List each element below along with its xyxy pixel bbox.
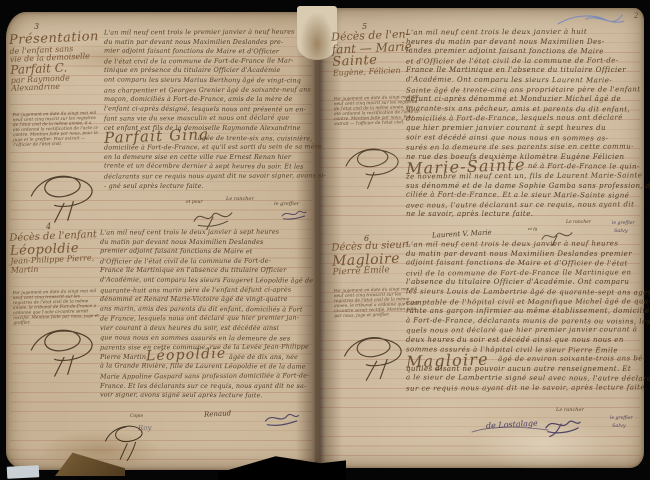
manuscript-line: L'an mil neuf cent trois le premier janv… bbox=[104, 27, 312, 38]
greffier-caption: le greffier bbox=[612, 221, 635, 226]
manuscript-line: fant sans vie du sexe masculin et nous o… bbox=[104, 114, 312, 125]
act-number: 3 bbox=[34, 22, 39, 31]
act-subject-name: Magloire bbox=[406, 350, 489, 372]
manuscript-line: France île Martinique en l'absence du ti… bbox=[406, 66, 642, 76]
manuscript-line: et d'Officier de l'état civil de la comm… bbox=[406, 56, 642, 67]
manuscript-line: ne le savoir, après lecture faite. bbox=[406, 210, 642, 220]
scanner-bed-sliver bbox=[7, 465, 40, 479]
manuscript-line: d'Officier de l'état civil de la commune… bbox=[100, 256, 312, 267]
signature-script: Renaud bbox=[204, 409, 231, 418]
manuscript-line: Marie Appoline Gaspard sans profession d… bbox=[100, 371, 312, 382]
manuscript-line: surés en la demeure de ses parents sise … bbox=[406, 143, 642, 154]
manuscript-line: comptable de l'hôpital civil et Magnifiq… bbox=[406, 297, 644, 308]
officiant-paraph bbox=[26, 168, 102, 224]
manuscript-line: déclarants sur ce requis nous ayant dit … bbox=[104, 171, 312, 182]
greffier-name: Salvy bbox=[614, 228, 628, 234]
page-number: 2 bbox=[634, 12, 638, 20]
signature-flourish bbox=[192, 204, 234, 230]
signature-underline bbox=[470, 424, 550, 436]
act-margin-heading: Présentation de l'enfant sans vie de la … bbox=[9, 30, 101, 94]
signature-caption: le greffier bbox=[274, 201, 299, 207]
signature-caption: Le rancher bbox=[226, 196, 254, 202]
act-margin-heading: Décès du sieur Magloire Pierre Émile bbox=[331, 240, 408, 278]
act-body-text: L'an mil neuf cent trois le deux janvier… bbox=[100, 228, 312, 401]
manuscript-line: de France, lesquels nous ont déclaré que… bbox=[100, 314, 312, 325]
manuscript-line: de l'état civil de la commune de Fort-de… bbox=[104, 56, 312, 67]
manuscript-line: avec nous, l'autre déclarant sur ce requ… bbox=[406, 200, 642, 211]
manuscript-line: deux heures du soir est décédé ainsi que… bbox=[406, 336, 644, 346]
act-margin-heading: Décès de l'en- fant — Marie Sainte Eugèn… bbox=[331, 28, 413, 78]
act-margin-heading: Décès de l'enfant Léopoldie Jean-Philipp… bbox=[9, 230, 98, 275]
manuscript-line: sur ce requis nous ayant dit ne le savoi… bbox=[406, 383, 644, 394]
act-subject-name: Parfait Gina bbox=[104, 125, 210, 147]
signature-flourish bbox=[540, 226, 574, 246]
manuscript-line: quarante-huit ans marin père de l'enfant… bbox=[100, 285, 312, 296]
manuscript-line: quels nous ont déclaré que hier premier … bbox=[406, 326, 644, 337]
manuscript-line: défunt ci-après dénommé et Monduzier Mic… bbox=[406, 95, 642, 105]
act-body-text: L'an mil neuf cent trois le premier janv… bbox=[104, 28, 312, 191]
manuscript-line: les sieurs Louis de Lambertrie âgé de qu… bbox=[406, 287, 644, 298]
signature-caption: et fg bbox=[528, 226, 537, 231]
act-body-text: L'an mil neuf cent trois le deux janvier… bbox=[406, 240, 644, 394]
greffier-name: Salvy bbox=[612, 423, 626, 429]
manuscript-line: civil de la commune de Fort-de-France îl… bbox=[406, 268, 644, 279]
manuscript-line: - gné seul après lecture faite. bbox=[104, 182, 312, 192]
manuscript-line: France île Martinique en l'absence du ti… bbox=[100, 266, 312, 276]
manuscript-line: L'an mil neuf cent trois le deux janvier… bbox=[406, 239, 644, 250]
register-scan: 2 3 Présentation de l'enfant sans vie de… bbox=[0, 0, 650, 480]
greffier-signature-flourish bbox=[278, 208, 310, 224]
manuscript-line: tinique en présence du titulaire Officie… bbox=[104, 66, 312, 76]
manuscript-line: rante ans garçon infirmier au même établ… bbox=[406, 307, 644, 317]
manuscript-line: d'Académie. Ont comparu les sieurs Laure… bbox=[406, 75, 642, 86]
manuscript-line: vier courant à deux heures du soir, est … bbox=[100, 324, 312, 334]
act-subject-name: Léopoldie bbox=[146, 346, 227, 365]
signature-flourish bbox=[102, 418, 158, 464]
manuscript-line: maçon, domiciliés à Fort-de-France, amis… bbox=[104, 95, 312, 105]
greffier-signature-flourish bbox=[262, 410, 302, 432]
manuscript-line: que hier premier janvier courant à sept … bbox=[406, 124, 642, 134]
manuscript-line: d'Académie, ont comparu les sieurs Fauge… bbox=[100, 275, 312, 286]
manuscript-line: domiciliés à Fort-de-France, lesquels no… bbox=[406, 114, 642, 125]
margin-annotation: Par jugement en date du vingt mai mil ne… bbox=[13, 289, 100, 326]
manuscript-line: ans charpentier et Georges Grenier âgé d… bbox=[104, 85, 312, 96]
manuscript-line: l'absence du titulaire Officier d'Académ… bbox=[406, 278, 644, 288]
blue-pencil-flourish bbox=[556, 10, 628, 30]
manuscript-line: ont comparu les sieurs Marius Berthony â… bbox=[104, 75, 312, 86]
manuscript-line: dénommé et Renard Marie-Victoire âgé de … bbox=[100, 295, 312, 305]
officiant-paraph bbox=[26, 322, 102, 378]
act-body-text: L'an mil neuf cent trois le deux janvier… bbox=[406, 28, 642, 220]
manuscript-line: voir signer, avons signé seul après lect… bbox=[100, 391, 312, 402]
margin-annotation: Par jugement en date du vingt mai mil ne… bbox=[13, 111, 100, 148]
signature-caption: Le rancher bbox=[566, 220, 591, 225]
greffier-caption: le greffier bbox=[610, 416, 633, 421]
manuscript-line: Sainte âgé de trente-cinq ans propriétai… bbox=[406, 85, 642, 96]
officiant-paraph bbox=[340, 142, 408, 190]
